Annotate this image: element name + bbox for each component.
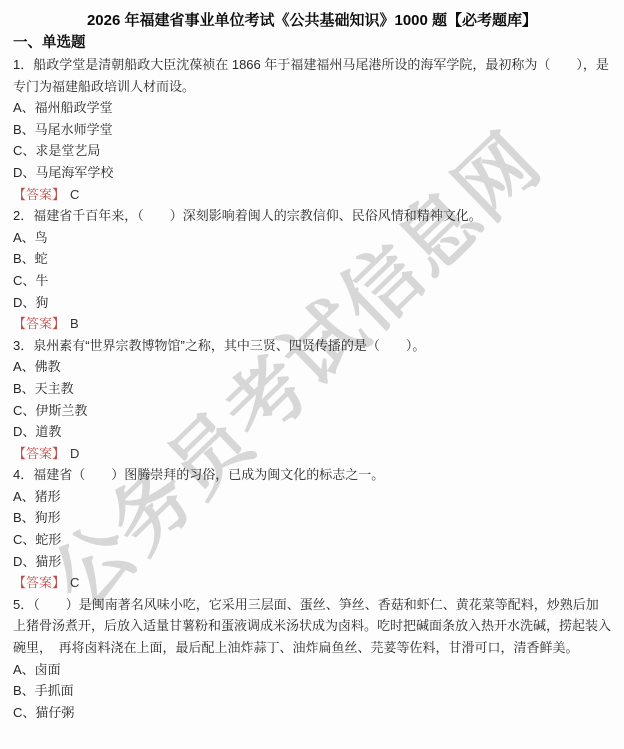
question-stem: 5．（ ）是闽南著名风味小吃，它采用三层面、蛋丝、笋丝、香菇和虾仁、黄花菜等配料…	[13, 594, 611, 659]
answer-label: 【答案】	[13, 446, 65, 461]
question-option-c: C、牛	[13, 270, 611, 292]
question-option-c: C、猫仔粥	[13, 702, 611, 724]
question-option-b: B、手抓面	[13, 680, 611, 702]
question-option-b: B、天主教	[13, 378, 611, 400]
question-option-c: C、求是堂艺局	[13, 140, 611, 162]
page-title: 2026 年福建省事业单位考试《公共基础知识》1000 题【必考题库】	[13, 10, 611, 31]
question-stem: 2．福建省千百年来，（ ）深刻影响着闽人的宗教信仰、民俗风情和精神文化。	[13, 205, 611, 227]
question-option-a: A、鸟	[13, 227, 611, 249]
question-block-1: 1．船政学堂是清朝船政大臣沈葆祯在 1866 年于福建福州马尾港所设的海军学院，…	[13, 54, 611, 205]
question-option-d: D、猫形	[13, 551, 611, 573]
answer-value: C	[70, 187, 79, 202]
question-option-a: A、猪形	[13, 486, 611, 508]
question-option-b: B、蛇	[13, 248, 611, 270]
question-option-d: D、狗	[13, 292, 611, 314]
question-block-4: 4．福建省（ ）图腾崇拜的习俗，已成为闽文化的标志之一。 A、猪形 B、狗形 C…	[13, 464, 611, 594]
answer-line: 【答案】D	[13, 443, 611, 465]
answer-label: 【答案】	[13, 187, 65, 202]
answer-value: B	[70, 316, 79, 331]
answer-line: 【答案】B	[13, 313, 611, 335]
question-stem: 4．福建省（ ）图腾崇拜的习俗，已成为闽文化的标志之一。	[13, 464, 611, 486]
question-option-d: D、马尾海军学校	[13, 162, 611, 184]
answer-line: 【答案】C	[13, 184, 611, 206]
answer-value: D	[70, 446, 79, 461]
question-option-c: C、蛇形	[13, 529, 611, 551]
answer-label: 【答案】	[13, 575, 65, 590]
question-option-b: B、狗形	[13, 507, 611, 529]
answer-label: 【答案】	[13, 316, 65, 331]
question-option-d: D、道教	[13, 421, 611, 443]
answer-line: 【答案】C	[13, 572, 611, 594]
question-option-a: A、佛教	[13, 356, 611, 378]
question-option-a: A、卤面	[13, 659, 611, 681]
question-block-2: 2．福建省千百年来，（ ）深刻影响着闽人的宗教信仰、民俗风情和精神文化。 A、鸟…	[13, 205, 611, 335]
question-stem: 1．船政学堂是清朝船政大臣沈葆祯在 1866 年于福建福州马尾港所设的海军学院，…	[13, 54, 611, 97]
question-option-c: C、伊斯兰教	[13, 400, 611, 422]
question-block-3: 3．泉州素有“世界宗教博物馆”之称，其中三贤、四贤传播的是（ ）。 A、佛教 B…	[13, 335, 611, 465]
question-stem: 3．泉州素有“世界宗教博物馆”之称，其中三贤、四贤传播的是（ ）。	[13, 335, 611, 357]
answer-value: C	[70, 575, 79, 590]
document-page: 2026 年福建省事业单位考试《公共基础知识》1000 题【必考题库】 一、单选…	[0, 0, 624, 723]
question-option-b: B、马尾水师学堂	[13, 119, 611, 141]
question-block-5: 5．（ ）是闽南著名风味小吃，它采用三层面、蛋丝、笋丝、香菇和虾仁、黄花菜等配料…	[13, 594, 611, 724]
section-heading: 一、单选题	[13, 32, 611, 54]
question-option-a: A、福州船政学堂	[13, 97, 611, 119]
